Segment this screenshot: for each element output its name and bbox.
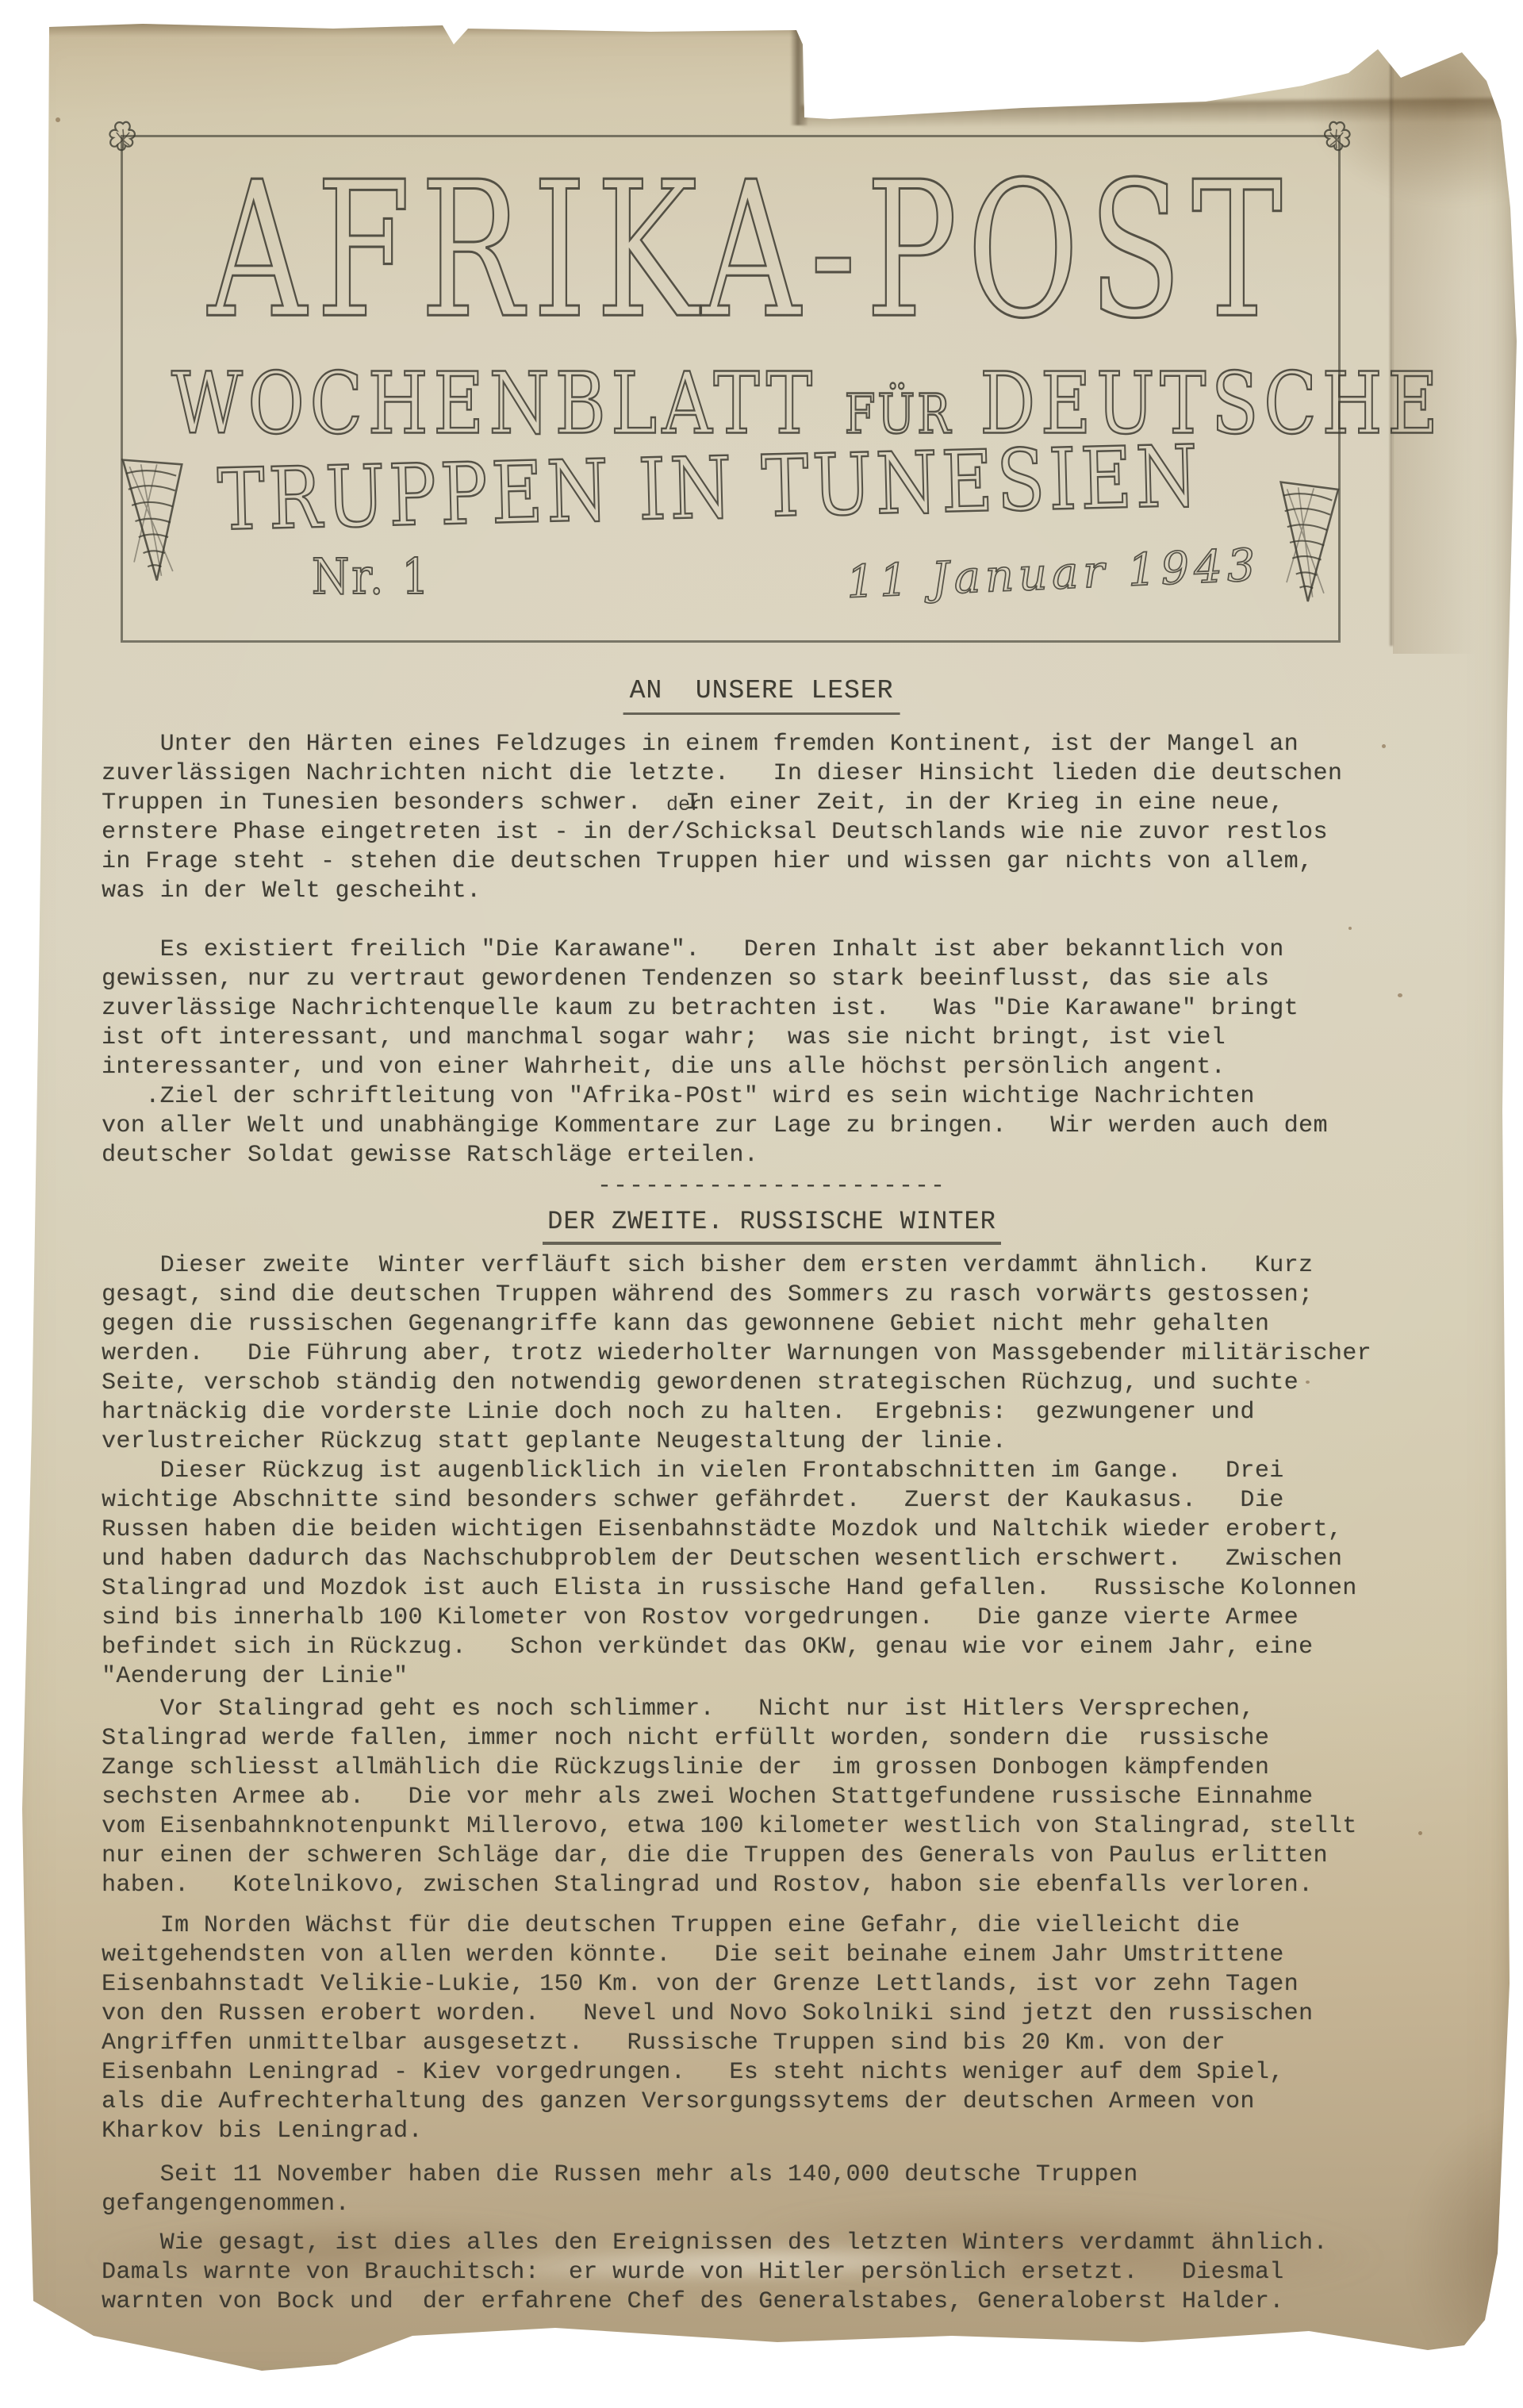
article1-heading: AN UNSERE LESER [623,676,900,715]
newspaper-page: AFRIKA-POST WOCHENBLATT FÜR DEUTSCHE TRU… [0,0,1523,2408]
paragraph: Seit 11 November haben die Russen mehr a… [102,2160,1442,2219]
paragraph: Im Norden Wächst für die deutschen Trupp… [102,1911,1442,2146]
paragraph: Wie gesagt, ist dies alles den Ereigniss… [102,2229,1442,2317]
paragraph: Dieser zweite Winter verfläuft sich bish… [102,1251,1442,1457]
scribble-triangle-ornament-icon [118,453,186,590]
paragraph: Dieser Rückzug ist augenblicklich in vie… [102,1457,1442,1692]
paper-edge-shadow [46,22,800,36]
paper-fold-shadow [1393,51,1512,654]
article-body: Unter den Härten eines Feldzuges in eine… [102,730,1442,2317]
paragraph: Es existiert freilich "Die Karawane". De… [102,935,1442,1082]
scan-background: AFRIKA-POST WOCHENBLATT FÜR DEUTSCHE TRU… [0,0,1523,2408]
paragraph: Unter den Härten eines Feldzuges in eine… [102,730,1442,906]
rosette-ornament-icon [1315,117,1358,160]
paragraph: .Ziel der schriftleitung von "Afrika-POs… [102,1082,1442,1170]
issue-number: Nr. 1 [312,547,432,605]
issue-date: 11 Januar 1943 [846,540,1261,609]
article2-heading-row: DER ZWEITE. RUSSISCHE WINTER [102,1206,1442,1245]
scribble-triangle-ornament-icon [1270,475,1344,612]
newspaper-title: AFRIKA-POST [208,158,1253,345]
paper-tear-shadow [790,29,808,125]
paper-speck [56,117,60,122]
masthead-box: AFRIKA-POST WOCHENBLATT FÜR DEUTSCHE TRU… [121,135,1341,643]
article2-heading: DER ZWEITE. RUSSISCHE WINTER [543,1206,1001,1245]
section-separator: ---------------------- [102,1172,1442,1201]
rosette-ornament-icon [102,117,144,160]
paragraph: Vor Stalingrad geht es noch schlimmer. N… [102,1695,1442,1900]
interlinear-insertion: der [666,795,702,815]
paper-fold-line [1390,51,1393,646]
paper-edge-shadow [801,98,1523,129]
newspaper-subtitle-line2: TRUPPEN IN TUNESIEN [217,434,1203,543]
